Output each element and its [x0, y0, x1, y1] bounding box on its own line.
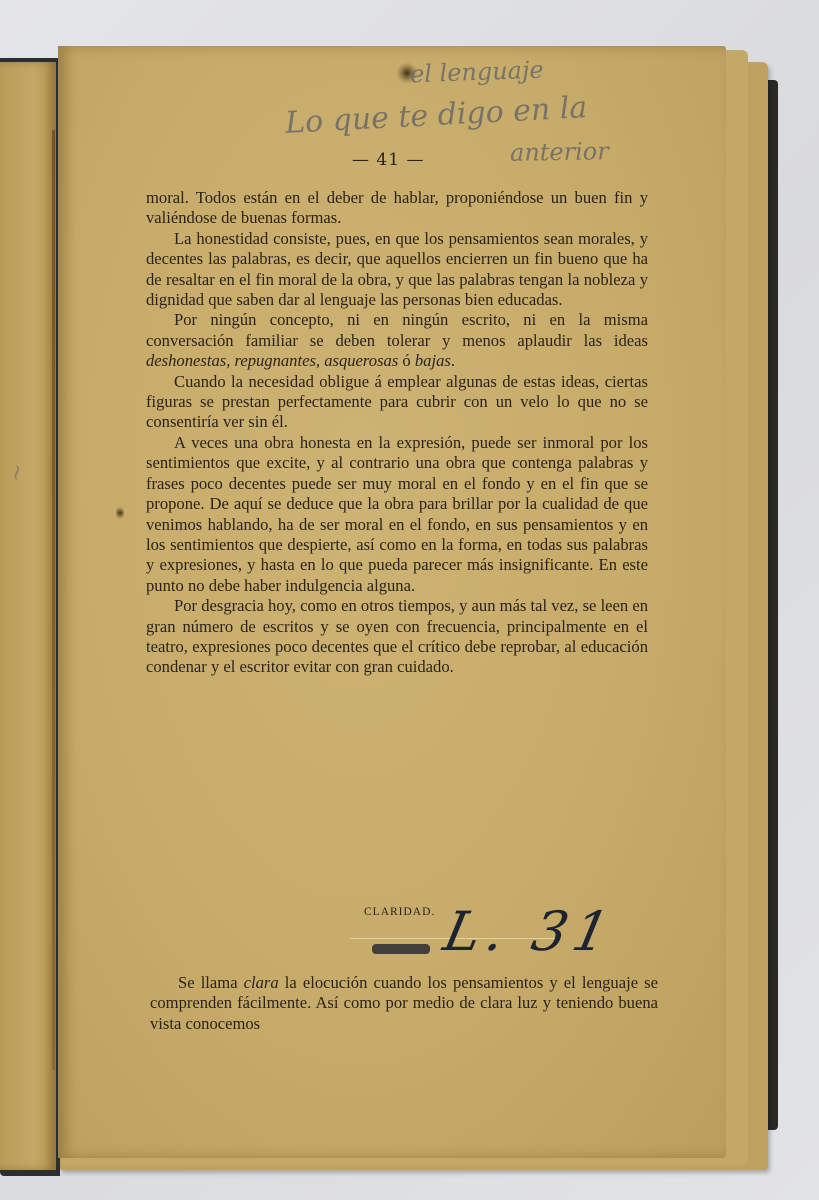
pencil-annotation-line3: anterior: [510, 137, 609, 167]
spine-crease: [52, 130, 55, 1070]
pencil-annotation-line1: el lenguaje: [410, 56, 545, 89]
paragraph-3: Por ningún concepto, ni en ningún escrit…: [146, 310, 648, 371]
paragraph-3-text-b: ó: [398, 351, 415, 370]
ink-spot-margin: [116, 505, 124, 521]
paragraph-3-text-c: .: [451, 351, 455, 370]
paragraph-3-italic-a: deshonestas, repugnantes, asquerosas: [146, 351, 398, 370]
section-italic: clara: [244, 973, 279, 992]
section-heading: CLARIDAD.: [364, 906, 435, 918]
paragraph-3-italic-b: bajas: [415, 351, 451, 370]
paragraph-3-text-a: Por ningún concepto, ni en ningún escrit…: [146, 310, 648, 349]
paragraph-4: Cuando la necesidad obligue á emplear al…: [146, 372, 648, 433]
section-text-a: Se llama: [178, 973, 244, 992]
section-body: Se llama clara la elocución cuando los p…: [150, 973, 658, 1034]
page-number: — 41 —: [352, 150, 424, 170]
section-paragraph: Se llama clara la elocución cuando los p…: [150, 973, 658, 1034]
paragraph-5: A veces una obra honesta en la expresión…: [146, 433, 648, 596]
paragraph-6: Por desgracia hoy, como en otros tiempos…: [146, 596, 648, 678]
body-text: moral. Todos están en el deber de hablar…: [146, 188, 648, 678]
paragraph-2: La honestidad consiste, pues, en que los…: [146, 229, 648, 311]
ink-annotation: L. 31: [438, 900, 620, 963]
left-page-edge: [0, 62, 56, 1170]
struck-out-mark: [372, 944, 430, 954]
paragraph-1: moral. Todos están en el deber de hablar…: [146, 188, 648, 229]
